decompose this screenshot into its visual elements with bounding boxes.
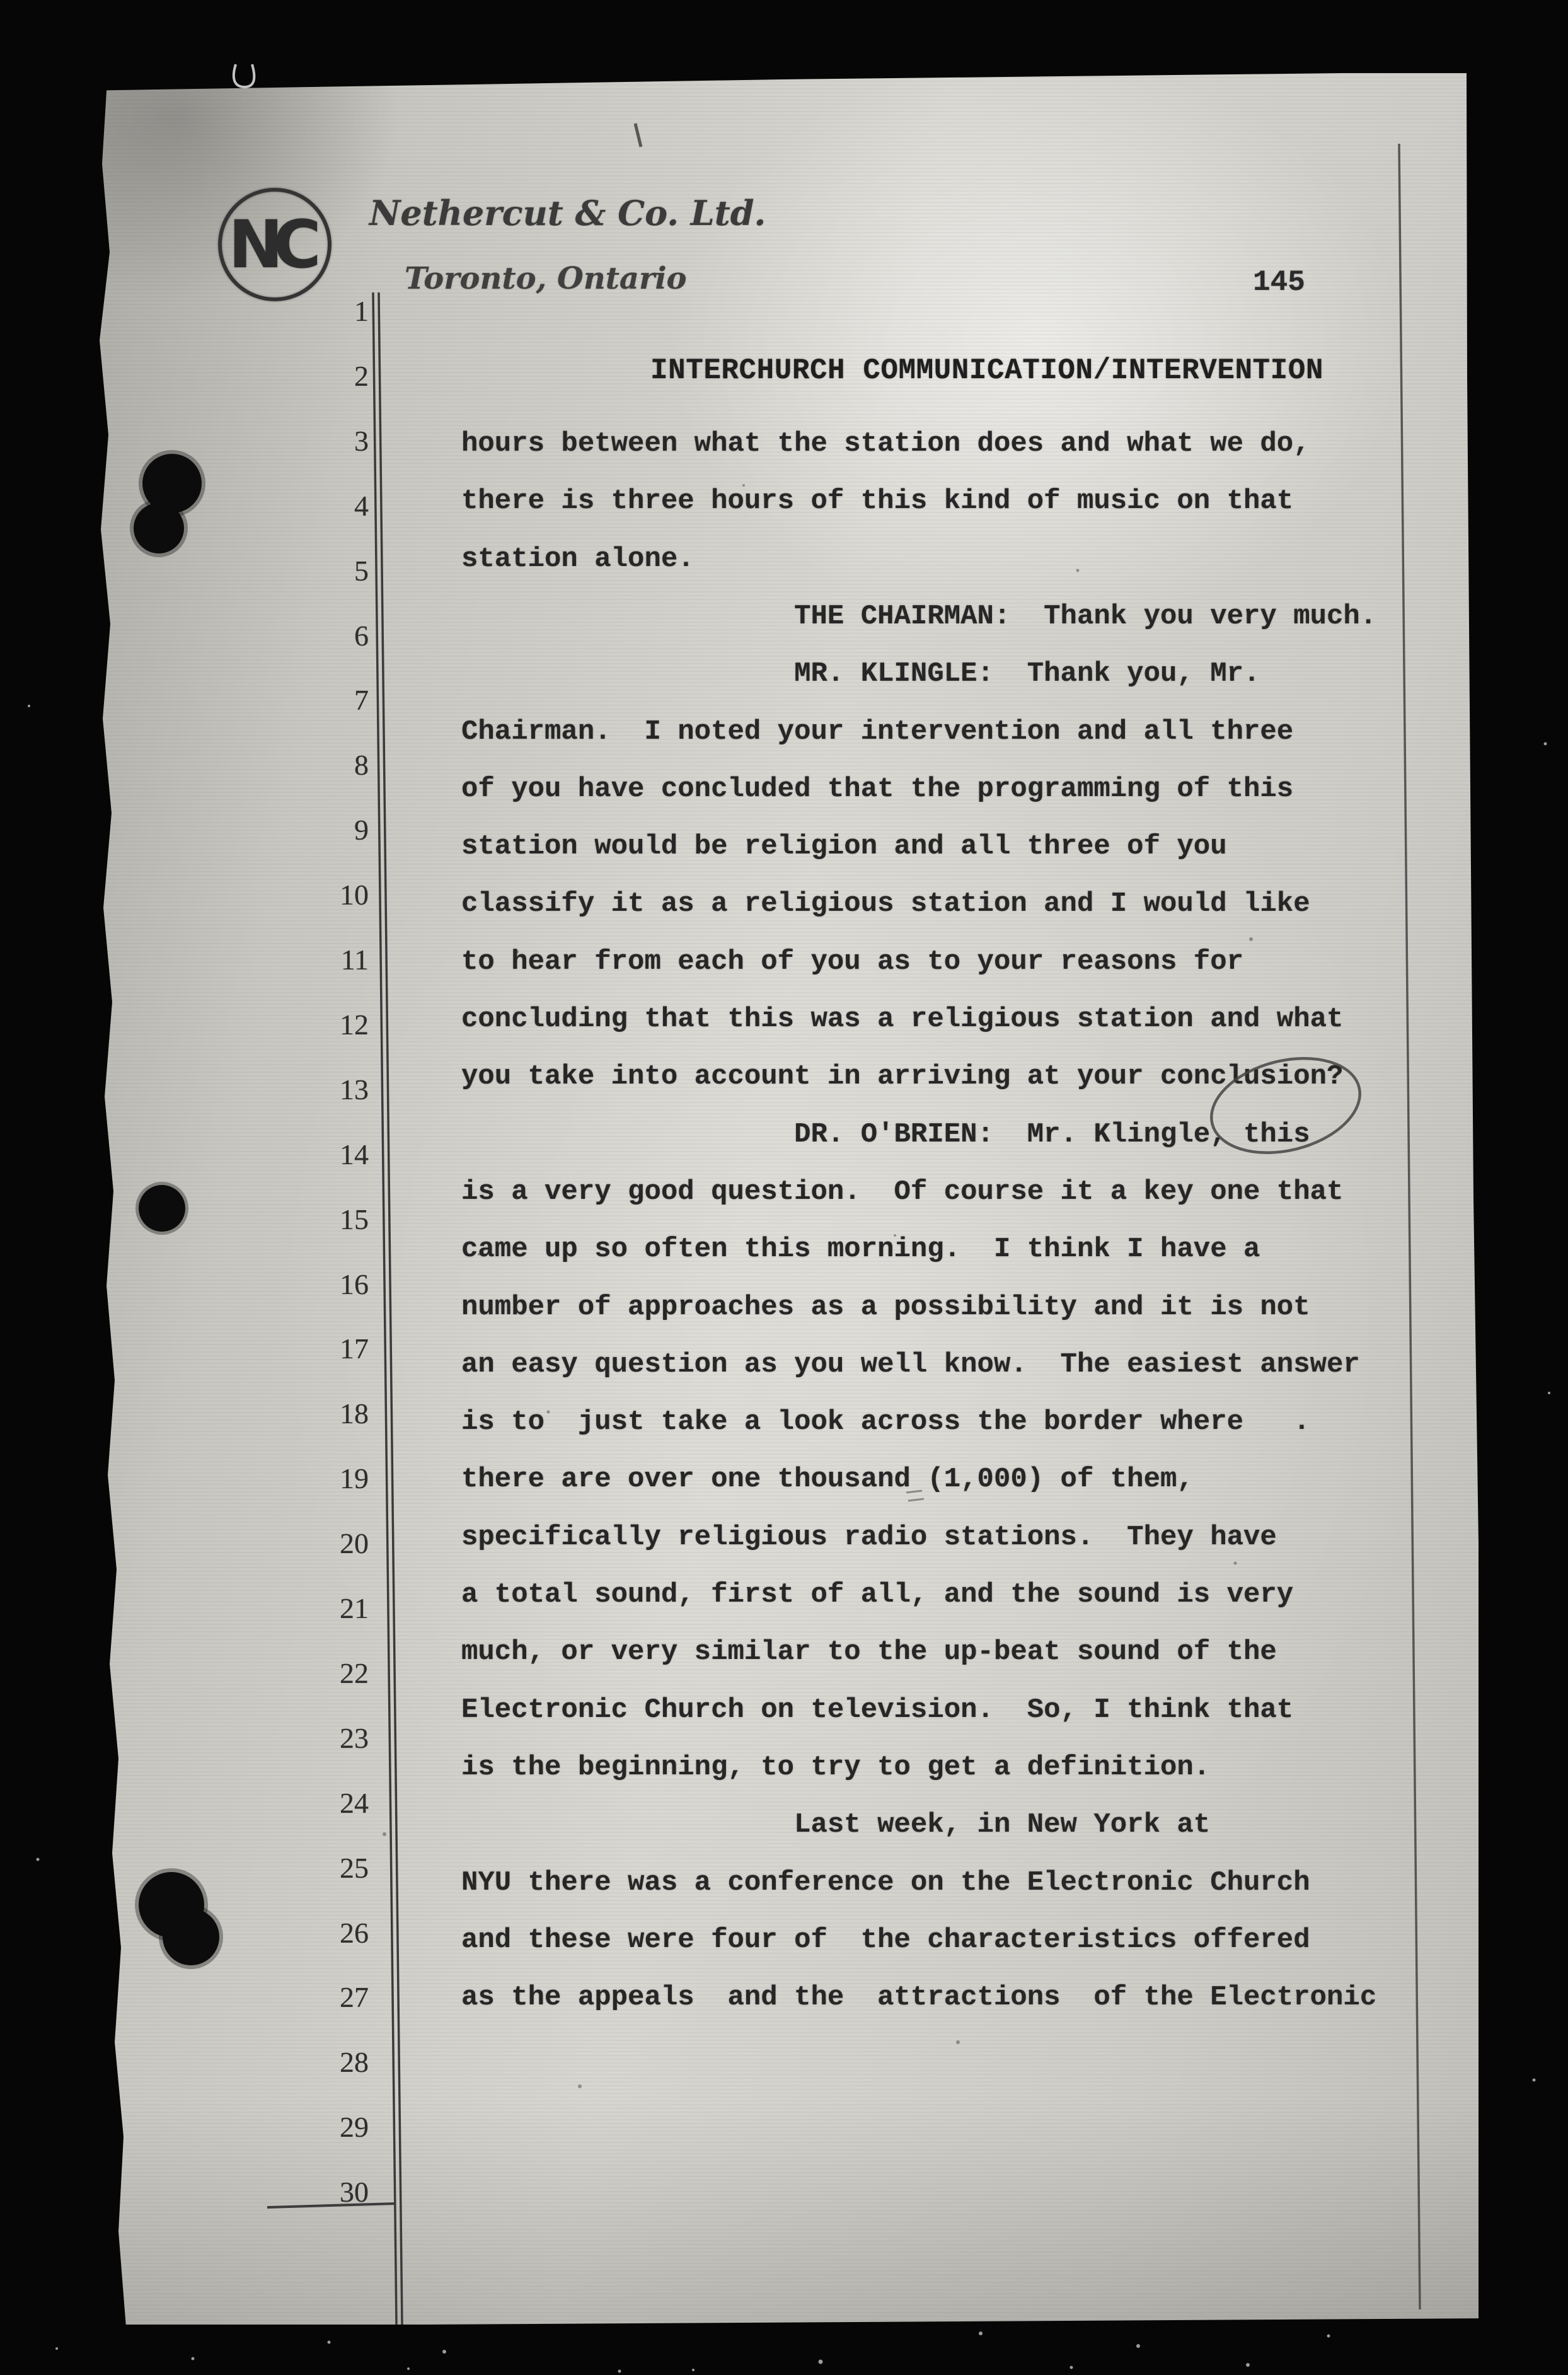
line-number: 21 xyxy=(287,1594,369,1623)
transcript-line: THE CHAIRMAN: Thank you very much. xyxy=(461,599,1376,634)
line-number: 28 xyxy=(287,2048,369,2077)
transcript-line: Last week, in New York at xyxy=(461,1808,1210,1842)
transcript-line: and these were four of the characteristi… xyxy=(461,1923,1310,1958)
line-number: 15 xyxy=(287,1205,369,1234)
transcript-line: station would be religion and all three … xyxy=(461,829,1227,864)
line-number: 10 xyxy=(287,881,369,910)
line-number: 4 xyxy=(287,492,369,521)
line-number: 22 xyxy=(287,1659,369,1688)
transcript-line: hours between what the station does and … xyxy=(461,427,1310,461)
transcript-line: station alone. xyxy=(461,542,695,577)
line-number: 19 xyxy=(287,1464,369,1493)
line-number: 14 xyxy=(287,1140,369,1169)
transcript-line: is the beginning, to try to get a defini… xyxy=(461,1750,1210,1785)
transcript-line: an easy question as you well know. The e… xyxy=(461,1348,1360,1382)
letterhead-location: Toronto, Ontario xyxy=(405,261,687,296)
transcript-line: DR. O'BRIEN: Mr. Klingle, this xyxy=(461,1118,1310,1152)
transcript-line: you take into account in arriving at you… xyxy=(461,1060,1343,1094)
transcript-line: classify it as a religious station and I… xyxy=(461,887,1310,922)
line-number: 26 xyxy=(287,1919,369,1948)
transcript-line: is to just take a look across the border… xyxy=(461,1405,1310,1440)
transcript-line: to hear from each of you as to your reas… xyxy=(461,945,1243,979)
line-number: 9 xyxy=(287,816,369,845)
transcript-line: is a very good question. Of course it a … xyxy=(461,1175,1343,1210)
nc-logo-monogram: NC xyxy=(228,206,311,283)
line-number: 17 xyxy=(287,1334,369,1363)
line-number: 13 xyxy=(287,1075,369,1104)
transcript-line: of you have concluded that the programmi… xyxy=(461,772,1293,807)
transcript-line: there are over one thousand (1,000) of t… xyxy=(461,1462,1194,1497)
transcript-line: concluding that this was a religious sta… xyxy=(461,1002,1343,1037)
line-number: 8 xyxy=(287,751,369,780)
page-number: 145 xyxy=(1253,266,1305,299)
line-number: 12 xyxy=(287,1010,369,1039)
line-number: 5 xyxy=(287,557,369,586)
transcript-line: Chairman. I noted your intervention and … xyxy=(461,715,1293,749)
line-number: 1 xyxy=(287,297,369,326)
line-number: 23 xyxy=(287,1724,369,1753)
line-number: 27 xyxy=(287,1983,369,2012)
line-number: 11 xyxy=(287,945,369,974)
line-number: 7 xyxy=(287,686,369,715)
line-number: 6 xyxy=(287,621,369,650)
transcript-line: there is three hours of this kind of mus… xyxy=(461,484,1293,519)
transcript-line: Electronic Church on television. So, I t… xyxy=(461,1693,1293,1728)
line-number: 3 xyxy=(287,427,369,456)
transcript-line: as the appeals and the attractions of th… xyxy=(461,1980,1376,2015)
transcript-heading: INTERCHURCH COMMUNICATION/INTERVENTION xyxy=(650,353,1323,390)
page-right-edge xyxy=(1467,69,1568,2375)
letterhead-company: Nethercut & Co. Ltd. xyxy=(369,193,766,233)
line-number: 30 xyxy=(287,2178,369,2207)
line-number: 20 xyxy=(287,1529,369,1558)
line-number: 16 xyxy=(287,1270,369,1299)
transcript-line: MR. KLINGLE: Thank you, Mr. xyxy=(461,657,1260,691)
transcript-line: NYU there was a conference on the Electr… xyxy=(461,1866,1310,1900)
transcript-line: a total sound, first of all, and the sou… xyxy=(461,1578,1293,1612)
transcript-line: much, or very similar to the up-beat sou… xyxy=(461,1635,1277,1670)
line-number: 24 xyxy=(287,1789,369,1818)
nc-logo-icon: NC xyxy=(218,188,331,301)
line-number: 18 xyxy=(287,1399,369,1428)
line-number: 2 xyxy=(287,362,369,391)
transcript-line: specifically religious radio stations. T… xyxy=(461,1520,1277,1555)
transcript-line: number of approaches as a possibility an… xyxy=(461,1290,1310,1325)
line-number: 25 xyxy=(287,1854,369,1883)
scanned-transcript-page: NC Nethercut & Co. Ltd. Toronto, Ontario… xyxy=(0,0,1568,2375)
transcript-line: came up so often this morning. I think I… xyxy=(461,1232,1260,1267)
line-number: 29 xyxy=(287,2113,369,2142)
